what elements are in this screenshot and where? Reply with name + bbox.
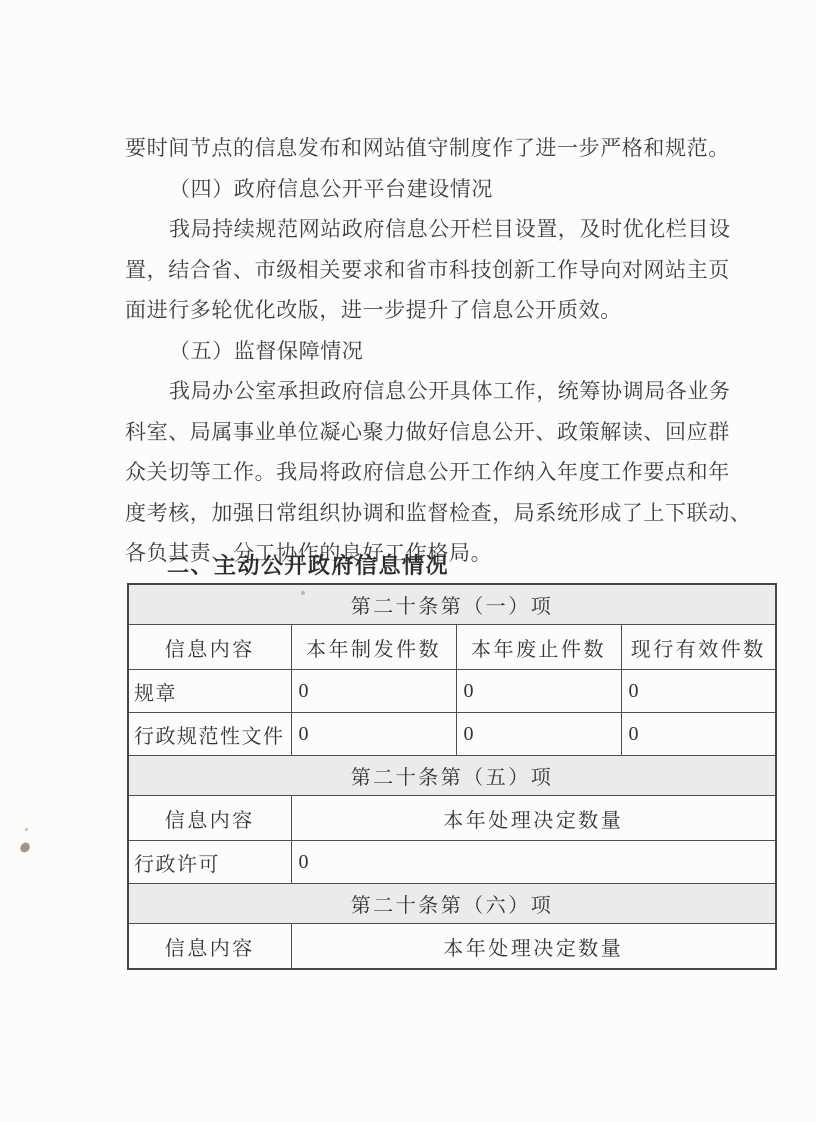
body-line: 度考核，加强日常组织协调和监督检查，局系统形成了上下联动、 [125, 493, 731, 534]
row-label: 行政许可 [128, 841, 291, 884]
body-line: 要时间节点的信息发布和网站值守制度作了进一步严格和规范。 [125, 128, 731, 169]
table-section-title: 第二十条第（六）项 [128, 884, 776, 924]
column-header: 本年处理决定数量 [291, 924, 776, 970]
cell-value: 0 [456, 670, 621, 713]
table-row: 规章 0 0 0 [128, 670, 776, 713]
column-header: 现行有效件数 [621, 625, 776, 670]
row-label: 规章 [128, 670, 291, 713]
body-line: 面进行多轮优化改版，进一步提升了信息公开质效。 [125, 290, 731, 331]
cell-value: 0 [291, 841, 776, 884]
column-header: 本年处理决定数量 [291, 796, 776, 841]
table-row: 行政规范性文件 0 0 0 [128, 713, 776, 756]
scanned-document-page: 要时间节点的信息发布和网站值守制度作了进一步严格和规范。 （四）政府信息公开平台… [0, 0, 816, 1122]
body-line: 众关切等工作。我局将政府信息公开工作纳入年度工作要点和年 [125, 452, 731, 493]
column-header: 信息内容 [128, 625, 291, 670]
public-info-stats-table: 第二十条第（一）项 信息内容 本年制发件数 本年废止件数 现行有效件数 规章 0… [127, 583, 777, 970]
table-row: 行政许可 0 [128, 841, 776, 884]
scan-speck-artifact [19, 841, 32, 853]
cell-value: 0 [621, 670, 776, 713]
column-header: 本年废止件数 [456, 625, 621, 670]
table-section-title: 第二十条第（一）项 [128, 584, 776, 625]
body-line: 科室、局属事业单位凝心聚力做好信息公开、政策解读、回应群 [125, 412, 731, 453]
body-text: 要时间节点的信息发布和网站值守制度作了进一步严格和规范。 （四）政府信息公开平台… [125, 128, 731, 574]
body-line: 我局办公室承担政府信息公开具体工作，统筹协调局各业务 [125, 371, 731, 412]
column-header: 本年制发件数 [291, 625, 456, 670]
cell-value: 0 [456, 713, 621, 756]
body-line: （五）监督保障情况 [125, 331, 731, 372]
body-line: 我局持续规范网站政府信息公开栏目设置，及时优化栏目设 [125, 209, 731, 250]
section-heading: 二、主动公开政府信息情况 [167, 549, 449, 580]
column-header: 信息内容 [128, 924, 291, 970]
scan-speck-artifact [301, 591, 305, 595]
cell-value: 0 [621, 713, 776, 756]
body-line: （四）政府信息公开平台建设情况 [125, 169, 731, 210]
scan-speck-artifact [25, 828, 28, 831]
column-header: 信息内容 [128, 796, 291, 841]
cell-value: 0 [291, 670, 456, 713]
cell-value: 0 [291, 713, 456, 756]
body-line: 置，结合省、市级相关要求和省市科技创新工作导向对网站主页 [125, 250, 731, 291]
table-section-title: 第二十条第（五）项 [128, 756, 776, 796]
row-label: 行政规范性文件 [128, 713, 291, 756]
